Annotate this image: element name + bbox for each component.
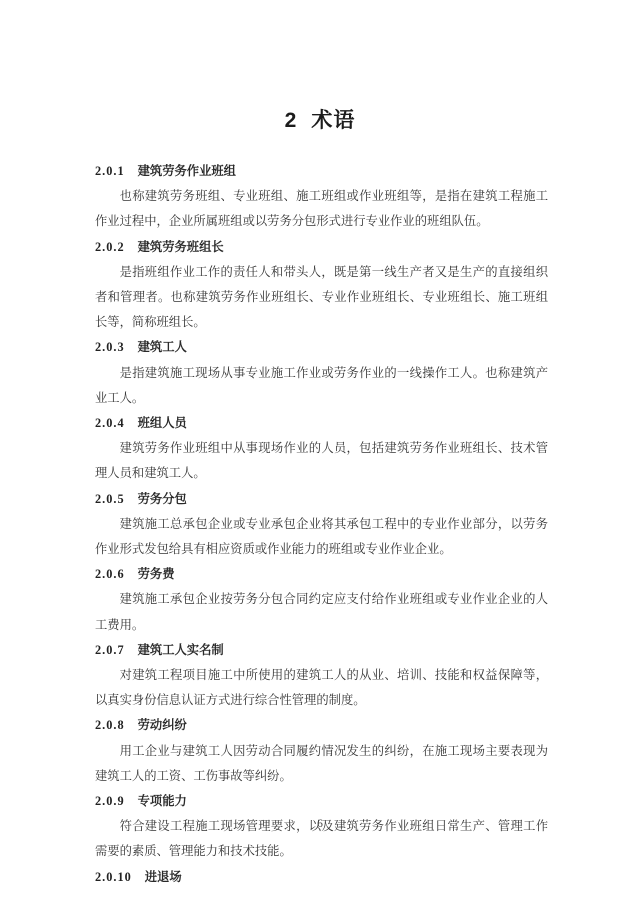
term-heading: 2.0.4班组人员 — [95, 411, 548, 436]
term-number: 2.0.10 — [95, 870, 132, 884]
term-entry: 2.0.6劳务费 建筑施工承包企业按劳务分包合同约定应支付给作业班组或专业作业企… — [95, 562, 548, 638]
term-heading: 2.0.6劳务费 — [95, 562, 548, 587]
term-entry: 2.0.10进退场 — [95, 865, 548, 890]
term-number: 2.0.4 — [95, 416, 125, 430]
term-entry: 2.0.8劳动纠纷 用工企业与建筑工人因劳动合同履约情况发生的纠纷，在施工现场主… — [95, 713, 548, 789]
chapter-title: 2术语 — [0, 104, 640, 134]
term-number: 2.0.7 — [95, 643, 125, 657]
term-number: 2.0.2 — [95, 240, 125, 254]
term-definition: 是指班组作业工作的责任人和带头人，既是第一线生产者又是生产的直接组织者和管理者。… — [95, 260, 548, 336]
term-entry: 2.0.1建筑劳务作业班组 也称建筑劳务班组、专业班组、施工班组或作业班组等，是… — [95, 159, 548, 235]
term-title: 劳务分包 — [138, 492, 187, 506]
term-number: 2.0.8 — [95, 718, 125, 732]
term-definition: 也称建筑劳务班组、专业班组、施工班组或作业班组等，是指在建筑工程施工作业过程中，… — [95, 184, 548, 234]
term-heading: 2.0.8劳动纠纷 — [95, 713, 548, 738]
term-definition: 建筑施工总承包企业或专业承包企业将其承包工程中的专业作业部分，以劳务作业形式发包… — [95, 512, 548, 562]
term-entry: 2.0.4班组人员 建筑劳务作业班组中从事现场作业的人员，包括建筑劳务作业班组长… — [95, 411, 548, 487]
term-definition: 建筑施工承包企业按劳务分包合同约定应支付给作业班组或专业作业企业的人工费用。 — [95, 587, 548, 637]
term-title: 建筑工人实名制 — [138, 643, 224, 657]
terminology-list: 2.0.1建筑劳务作业班组 也称建筑劳务班组、专业班组、施工班组或作业班组等，是… — [95, 159, 548, 890]
term-heading: 2.0.5劳务分包 — [95, 487, 548, 512]
term-title: 专项能力 — [138, 794, 187, 808]
term-entry: 2.0.7建筑工人实名制 对建筑工程项目施工中所使用的建筑工人的从业、培训、技能… — [95, 638, 548, 714]
term-heading: 2.0.3建筑工人 — [95, 335, 548, 360]
term-title: 劳动纠纷 — [138, 718, 187, 732]
term-number: 2.0.9 — [95, 794, 125, 808]
term-title: 班组人员 — [138, 416, 187, 430]
page-number: 6 — [0, 818, 640, 830]
term-entry: 2.0.2建筑劳务班组长 是指班组作业工作的责任人和带头人，既是第一线生产者又是… — [95, 235, 548, 336]
document-page: 2术语 2.0.1建筑劳务作业班组 也称建筑劳务班组、专业班组、施工班组或作业班… — [0, 0, 640, 905]
term-title: 进退场 — [145, 870, 182, 884]
term-heading: 2.0.7建筑工人实名制 — [95, 638, 548, 663]
term-heading: 2.0.2建筑劳务班组长 — [95, 235, 548, 260]
term-heading: 2.0.10进退场 — [95, 865, 548, 890]
term-entry: 2.0.3建筑工人 是指建筑施工现场从事专业施工作业或劳务作业的一线操作工人。也… — [95, 335, 548, 411]
chapter-name: 术语 — [311, 109, 355, 132]
term-definition: 建筑劳务作业班组中从事现场作业的人员，包括建筑劳务作业班组长、技术管理人员和建筑… — [95, 436, 548, 486]
term-title: 建筑劳务作业班组 — [138, 164, 236, 178]
term-entry: 2.0.5劳务分包 建筑施工总承包企业或专业承包企业将其承包工程中的专业作业部分… — [95, 487, 548, 563]
term-heading: 2.0.9专项能力 — [95, 789, 548, 814]
term-definition: 用工企业与建筑工人因劳动合同履约情况发生的纠纷，在施工现场主要表现为建筑工人的工… — [95, 739, 548, 789]
term-definition: 对建筑工程项目施工中所使用的建筑工人的从业、培训、技能和权益保障等，以真实身份信… — [95, 663, 548, 713]
term-title: 劳务费 — [138, 567, 175, 581]
term-heading: 2.0.1建筑劳务作业班组 — [95, 159, 548, 184]
term-title: 建筑劳务班组长 — [138, 240, 224, 254]
term-number: 2.0.3 — [95, 340, 125, 354]
term-definition: 是指建筑施工现场从事专业施工作业或劳务作业的一线操作工人。也称建筑产业工人。 — [95, 361, 548, 411]
term-title: 建筑工人 — [138, 340, 187, 354]
term-number: 2.0.5 — [95, 492, 125, 506]
term-number: 2.0.6 — [95, 567, 125, 581]
chapter-number: 2 — [285, 109, 298, 132]
term-number: 2.0.1 — [95, 164, 125, 178]
